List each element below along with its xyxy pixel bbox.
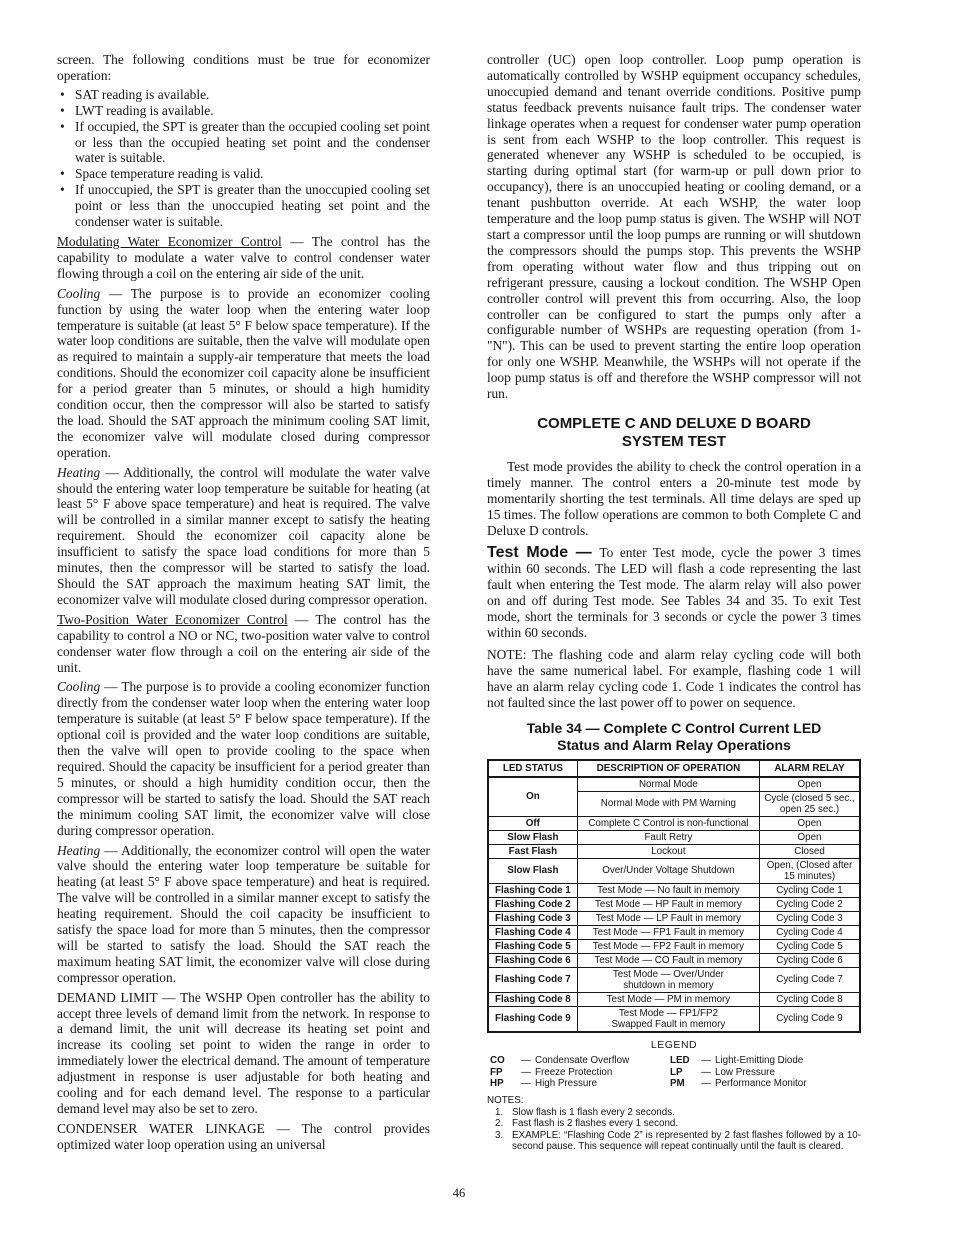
section-body: — Additionally, the economizer control w… bbox=[57, 843, 430, 985]
description-cell: Normal Mode with PM Warning bbox=[577, 791, 759, 816]
section-paragraph: DEMAND LIMIT — The WSHP Open controller … bbox=[57, 990, 430, 1117]
table-caption-line: Status and Alarm Relay Operations bbox=[487, 737, 861, 754]
alarm-relay-cell: Cycling Code 6 bbox=[760, 953, 860, 967]
led-status-cell: On bbox=[488, 777, 577, 817]
section-heading: COMPLETE C AND DELUXE D BOARD SYSTEM TES… bbox=[487, 415, 861, 451]
description-cell: Test Mode — FP2 Fault in memory bbox=[577, 939, 759, 953]
section-body: — The purpose is to provide an economize… bbox=[57, 286, 430, 460]
alarm-relay-cell: Cycling Code 3 bbox=[760, 911, 860, 925]
description-cell: Test Mode — HP Fault in memory bbox=[577, 897, 759, 911]
legend-abbr: HP bbox=[490, 1078, 517, 1090]
legend-entry: FP—Freeze Protection bbox=[490, 1067, 670, 1079]
table-row: Flashing Code 6 Test Mode — CO Fault in … bbox=[488, 953, 860, 967]
led-status-cell: Flashing Code 5 bbox=[488, 939, 577, 953]
legend-entry: CO—Condensate Overflow bbox=[490, 1055, 670, 1067]
description-line: Swapped Fault in memory bbox=[580, 1019, 757, 1030]
left-column: screen. The following conditions must be… bbox=[57, 52, 430, 1153]
alarm-relay-cell: Open bbox=[760, 777, 860, 792]
page-number: 46 bbox=[57, 1186, 861, 1201]
description-cell: Test Mode — PM in memory bbox=[577, 992, 759, 1006]
alarm-relay-cell: Cycling Code 8 bbox=[760, 992, 860, 1006]
description-cell: Over/Under Voltage Shutdown bbox=[577, 858, 759, 883]
legend: LEGEND CO—Condensate Overflow FP—Freeze … bbox=[487, 1040, 861, 1090]
legend-entry: HP—High Pressure bbox=[490, 1078, 670, 1090]
section-lead: Modulating Water Economizer Control bbox=[57, 234, 282, 249]
section-lead: Heating bbox=[57, 843, 100, 858]
section-heading-line: SYSTEM TEST bbox=[487, 433, 861, 451]
section-paragraph: Heating — Additionally, the control will… bbox=[57, 465, 430, 608]
section-lead: CONDENSER WATER LINKAGE bbox=[57, 1121, 265, 1136]
alarm-relay-cell: Cycling Code 9 bbox=[760, 1006, 860, 1032]
note-item: 3.EXAMPLE: “Flashing Code 2” is represen… bbox=[487, 1130, 861, 1153]
alarm-relay-cell: Cycling Code 1 bbox=[760, 883, 860, 897]
notes: NOTES: 1.Slow flash is 1 flash every 2 s… bbox=[487, 1095, 861, 1153]
section-body: — Additionally, the control will modulat… bbox=[57, 465, 430, 607]
table-caption-line: Table 34 — Complete C Control Current LE… bbox=[487, 720, 861, 737]
alarm-relay-cell: Cycling Code 7 bbox=[760, 967, 860, 992]
led-status-cell: Flashing Code 2 bbox=[488, 897, 577, 911]
description-cell: Test Mode — No fault in memory bbox=[577, 883, 759, 897]
led-status-cell: Flashing Code 8 bbox=[488, 992, 577, 1006]
test-mode-intro-paragraph: Test mode provides the ability to check … bbox=[487, 459, 861, 539]
description-cell: Fault Retry bbox=[577, 830, 759, 844]
led-status-cell: Flashing Code 3 bbox=[488, 911, 577, 925]
two-column-content: screen. The following conditions must be… bbox=[57, 52, 861, 1153]
note-text: Slow flash is 1 flash every 2 seconds. bbox=[512, 1107, 861, 1119]
note-number: 2. bbox=[495, 1118, 512, 1130]
header-description: DESCRIPTION OF OPERATION bbox=[577, 760, 759, 777]
led-status-cell: Slow Flash bbox=[488, 858, 577, 883]
bullet-item: SAT reading is available. bbox=[57, 87, 430, 103]
table-row: Flashing Code 9 Test Mode — FP1/FP2Swapp… bbox=[488, 1006, 860, 1032]
section-lead: Two-Position Water Economizer Control bbox=[57, 612, 288, 627]
alarm-relay-cell: Cycling Code 4 bbox=[760, 925, 860, 939]
legend-definition: Freeze Protection bbox=[535, 1067, 670, 1079]
header-led-status: LED STATUS bbox=[488, 760, 577, 777]
right-column: controller (UC) open loop controller. Lo… bbox=[487, 52, 861, 1153]
bullet-list: SAT reading is available. LWT reading is… bbox=[57, 87, 430, 230]
alarm-relay-cell: Open bbox=[760, 830, 860, 844]
description-cell: Test Mode — CO Fault in memory bbox=[577, 953, 759, 967]
led-status-cell: Flashing Code 1 bbox=[488, 883, 577, 897]
legend-separator: — bbox=[697, 1067, 715, 1079]
intro-paragraph: screen. The following conditions must be… bbox=[57, 52, 430, 84]
description-cell: Test Mode — FP1 Fault in memory bbox=[577, 925, 759, 939]
section-paragraph: Two-Position Water Economizer Control — … bbox=[57, 612, 430, 676]
bullet-item: If unoccupied, the SPT is greater than t… bbox=[57, 182, 430, 230]
note-item: 1.Slow flash is 1 flash every 2 seconds. bbox=[487, 1107, 861, 1119]
document-page: screen. The following conditions must be… bbox=[0, 0, 954, 1235]
legend-separator: — bbox=[697, 1055, 715, 1067]
legend-separator: — bbox=[517, 1055, 535, 1067]
alarm-relay-cell: Closed bbox=[760, 844, 860, 858]
section-body: — The purpose is to provide a cooling ec… bbox=[57, 679, 430, 837]
description-cell: Normal Mode bbox=[577, 777, 759, 792]
section-lead: DEMAND LIMIT bbox=[57, 990, 157, 1005]
led-status-cell: Flashing Code 9 bbox=[488, 1006, 577, 1032]
legend-entry: LED—Light-Emitting Diode bbox=[670, 1055, 806, 1067]
description-line: Test Mode — Over/Under bbox=[613, 969, 724, 980]
section-lead: Cooling bbox=[57, 286, 100, 301]
table-caption: Table 34 — Complete C Control Current LE… bbox=[487, 720, 861, 754]
table-row: Flashing Code 3 Test Mode — LP Fault in … bbox=[488, 911, 860, 925]
section-paragraph: Heating — Additionally, the economizer c… bbox=[57, 843, 430, 986]
led-status-cell: Fast Flash bbox=[488, 844, 577, 858]
bullet-item: LWT reading is available. bbox=[57, 103, 430, 119]
led-status-cell: Flashing Code 7 bbox=[488, 967, 577, 992]
description-cell: Test Mode — LP Fault in memory bbox=[577, 911, 759, 925]
description-cell: Lockout bbox=[577, 844, 759, 858]
alarm-relay-cell: Cycle (closed 5 sec., open 25 sec.) bbox=[760, 791, 860, 816]
note-number: 1. bbox=[495, 1107, 512, 1119]
led-status-cell: Slow Flash bbox=[488, 830, 577, 844]
note-item: 2.Fast flash is 2 flashes every 1 second… bbox=[487, 1118, 861, 1130]
description-cell: Complete C Control is non-functional bbox=[577, 816, 759, 830]
table-row: Flashing Code 4 Test Mode — FP1 Fault in… bbox=[488, 925, 860, 939]
legend-abbr: FP bbox=[490, 1067, 517, 1079]
legend-abbr: LED bbox=[670, 1055, 697, 1067]
led-status-table: LED STATUS DESCRIPTION OF OPERATION ALAR… bbox=[487, 759, 861, 1033]
alarm-relay-cell: Open bbox=[760, 816, 860, 830]
note-number: 3. bbox=[495, 1130, 512, 1153]
table-row: Slow Flash Over/Under Voltage Shutdown O… bbox=[488, 858, 860, 883]
table-row: On Normal Mode Open bbox=[488, 777, 860, 792]
header-alarm-relay: ALARM RELAY bbox=[760, 760, 860, 777]
description-line: Test Mode — FP1/FP2 bbox=[619, 1008, 718, 1019]
led-status-cell: Flashing Code 4 bbox=[488, 925, 577, 939]
bullet-item: Space temperature reading is valid. bbox=[57, 166, 430, 182]
continuation-paragraph: controller (UC) open loop controller. Lo… bbox=[487, 52, 861, 402]
legend-definition: Performance Monitor bbox=[715, 1078, 806, 1090]
table-row: Fast Flash Lockout Closed bbox=[488, 844, 860, 858]
legend-right-group: LED—Light-Emitting Diode LP—Low Pressure… bbox=[670, 1055, 806, 1090]
legend-separator: — bbox=[517, 1078, 535, 1090]
description-cell: Test Mode — FP1/FP2Swapped Fault in memo… bbox=[577, 1006, 759, 1032]
alarm-relay-cell: Cycling Code 2 bbox=[760, 897, 860, 911]
legend-definition: Low Pressure bbox=[715, 1067, 806, 1079]
legend-definition: High Pressure bbox=[535, 1078, 670, 1090]
legend-left-group: CO—Condensate Overflow FP—Freeze Protect… bbox=[490, 1055, 670, 1090]
table-row: Flashing Code 1 Test Mode — No fault in … bbox=[488, 883, 860, 897]
section-lead: Cooling bbox=[57, 679, 100, 694]
legend-separator: — bbox=[517, 1067, 535, 1079]
legend-entry: PM—Performance Monitor bbox=[670, 1078, 806, 1090]
bullet-item: If occupied, the SPT is greater than the… bbox=[57, 119, 430, 167]
test-mode-lead: Test Mode — bbox=[487, 544, 599, 561]
section-paragraph: CONDENSER WATER LINKAGE — The control pr… bbox=[57, 1121, 430, 1153]
table-row: Flashing Code 7 Test Mode — Over/Undersh… bbox=[488, 967, 860, 992]
table-row: Flashing Code 8 Test Mode — PM in memory… bbox=[488, 992, 860, 1006]
table-row: Flashing Code 2 Test Mode — HP Fault in … bbox=[488, 897, 860, 911]
section-paragraph: Cooling — The purpose is to provide an e… bbox=[57, 286, 430, 461]
led-status-cell: Flashing Code 6 bbox=[488, 953, 577, 967]
legend-separator: — bbox=[697, 1078, 715, 1090]
legend-definition: Condensate Overflow bbox=[535, 1055, 670, 1067]
table-row: Flashing Code 5 Test Mode — FP2 Fault in… bbox=[488, 939, 860, 953]
section-body: — The WSHP Open controller has the abili… bbox=[57, 990, 430, 1116]
section-heading-line: COMPLETE C AND DELUXE D BOARD bbox=[487, 415, 861, 433]
note-text: Fast flash is 2 flashes every 1 second. bbox=[512, 1118, 861, 1130]
description-cell: Test Mode — Over/Undershutdown in memory bbox=[577, 967, 759, 992]
note-paragraph: NOTE: The flashing code and alarm relay … bbox=[487, 647, 861, 711]
legend-title: LEGEND bbox=[487, 1040, 861, 1052]
table-header-row: LED STATUS DESCRIPTION OF OPERATION ALAR… bbox=[488, 760, 860, 777]
section-paragraph: Cooling — The purpose is to provide a co… bbox=[57, 679, 430, 838]
legend-columns: CO—Condensate Overflow FP—Freeze Protect… bbox=[487, 1055, 861, 1090]
notes-title: NOTES: bbox=[487, 1095, 861, 1107]
legend-definition: Light-Emitting Diode bbox=[715, 1055, 806, 1067]
led-status-cell: Off bbox=[488, 816, 577, 830]
table-row: Off Complete C Control is non-functional… bbox=[488, 816, 860, 830]
legend-abbr: CO bbox=[490, 1055, 517, 1067]
legend-abbr: PM bbox=[670, 1078, 697, 1090]
alarm-relay-cell: Cycling Code 5 bbox=[760, 939, 860, 953]
section-lead: Heating bbox=[57, 465, 100, 480]
description-line: shutdown in memory bbox=[580, 980, 757, 991]
alarm-relay-cell: Open, (Closed after 15 minutes) bbox=[760, 858, 860, 883]
legend-entry: LP—Low Pressure bbox=[670, 1067, 806, 1079]
note-text: EXAMPLE: “Flashing Code 2” is represente… bbox=[512, 1130, 861, 1153]
table-row: Slow Flash Fault Retry Open bbox=[488, 830, 860, 844]
section-paragraph: Modulating Water Economizer Control — Th… bbox=[57, 234, 430, 282]
test-mode-paragraph: Test Mode — To enter Test mode, cycle th… bbox=[487, 545, 861, 640]
legend-abbr: LP bbox=[670, 1067, 697, 1079]
